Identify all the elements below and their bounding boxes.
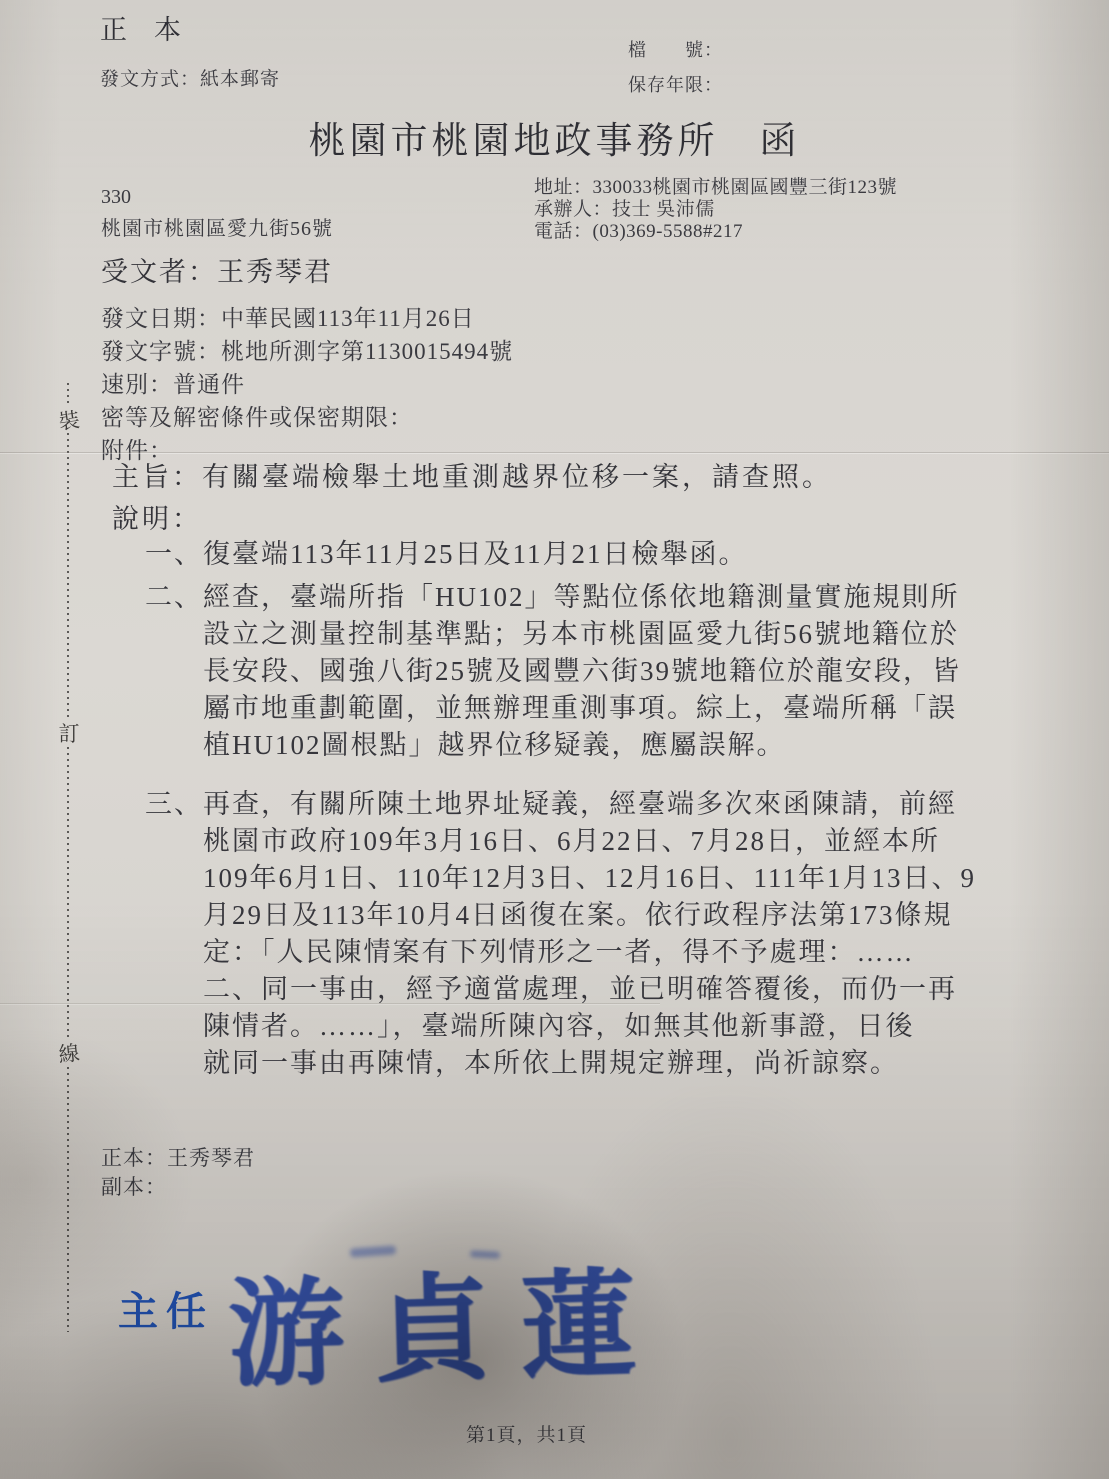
- binding-dotted-line: [67, 383, 69, 405]
- explanation-item: 三、 再查，有關所陳土地界址疑義，經臺端多次來函陳請，前經 桃園市政府109年3…: [145, 786, 945, 1082]
- priority-line: 速別：普通件: [101, 368, 513, 401]
- item-number: 一、: [145, 536, 203, 573]
- binding-mark-ding: 訂: [50, 718, 88, 748]
- issue-date-line: 發文日期：中華民國113年11月26日: [101, 302, 513, 335]
- binding-mark-xian: 線: [49, 1036, 90, 1070]
- agency-contact-block: 地址：330033桃園市桃園區國豐三街123號 承辦人：技士 吳沛儒 電話：(0…: [534, 177, 897, 243]
- doc-number-line: 發文字號：桃地所測字第1130015494號: [101, 335, 513, 368]
- copy-type-label: 正 本: [100, 8, 181, 47]
- binding-mark-zhuang: 裝: [48, 403, 90, 438]
- item-line: 就同一事由再陳情，本所依上開規定辦理，尚祈諒察。: [203, 1045, 976, 1082]
- signer-title: 主任: [118, 1280, 214, 1337]
- security-line: 密等及解密條件或保密期限：: [101, 401, 513, 434]
- page-number: 第1頁，共1頁: [466, 1420, 587, 1447]
- cc-recipient-line: 副本：: [101, 1171, 167, 1201]
- document-meta-block: 發文日期：中華民國113年11月26日 發文字號：桃地所測字第113001549…: [101, 302, 513, 467]
- binding-dotted-line: [67, 433, 69, 718]
- explanation-heading: 說明：: [112, 497, 202, 536]
- send-method-label: 發文方式：紙本郵寄: [100, 64, 280, 91]
- item-number: 三、: [145, 786, 203, 1082]
- explanation-item: 一、 復臺端113年11月25日及11月21日檢舉函。: [145, 536, 945, 573]
- item-line: 定：「人民陳情案有下列情形之一者，得不予處理：……: [203, 934, 976, 971]
- retention-period-label: 保存年限：: [628, 71, 723, 97]
- item-line: 設立之測量控制基準點；另本市桃園區愛九街56號地籍位於: [203, 616, 961, 653]
- stamp-ink-smudge: [470, 1250, 500, 1259]
- item-line: 109年6月1日、110年12月3日、12月16日、111年1月13日、9: [203, 860, 976, 897]
- item-line: 再查，有關所陳土地界址疑義，經臺端多次來函陳請，前經: [203, 786, 976, 823]
- recipient-street-address: 桃園市桃園區愛九街56號: [101, 212, 333, 241]
- binding-dotted-line: [67, 747, 69, 1038]
- item-line: 植HU102圖根點」越界位移疑義，應屬誤解。: [203, 727, 961, 764]
- scanned-letter-page: 正 本 發文方式：紙本郵寄 檔 號： 保存年限： 桃園市桃園地政事務所 函 33…: [0, 0, 1109, 1479]
- item-line: 陳情者。……」，臺端所陳內容，如無其他新事證，日後: [203, 1008, 976, 1045]
- item-line: 復臺端113年11月25日及11月21日檢舉函。: [203, 536, 748, 573]
- item-line: 桃園市政府109年3月16日、6月22日、7月28日，並經本所: [203, 823, 976, 860]
- signature-stamp: 游貞蓮: [226, 1230, 668, 1409]
- original-recipient-line: 正本：王秀琴君: [101, 1142, 255, 1172]
- item-line: 長安段、國強八街25號及國豐六街39號地籍位於龍安段，皆: [203, 653, 961, 690]
- recipient-line: 受文者：王秀琴君: [101, 250, 333, 289]
- explanation-items: 一、 復臺端113年11月25日及11月21日檢舉函。 二、 經查，臺端所指「H…: [145, 536, 945, 1082]
- item-number: 二、: [145, 579, 203, 764]
- recipient-postal-code: 330: [101, 186, 131, 209]
- document-title: 桃園市桃園地政事務所 函: [0, 110, 1109, 164]
- agency-contact-person: 承辦人：技士 吳沛儒: [534, 199, 897, 221]
- file-number-label: 檔 號：: [628, 36, 723, 62]
- binding-dotted-line: [67, 1067, 69, 1332]
- agency-address: 地址：330033桃園市桃園區國豐三街123號: [534, 177, 897, 199]
- item-line: 經查，臺端所指「HU102」等點位係依地籍測量實施規則所: [203, 579, 961, 616]
- explanation-item: 二、 經查，臺端所指「HU102」等點位係依地籍測量實施規則所 設立之測量控制基…: [145, 579, 945, 764]
- agency-phone: 電話：(03)369-5588#217: [534, 221, 897, 243]
- subject-line: 主旨：有關臺端檢舉土地重測越界位移一案，請查照。: [112, 455, 832, 494]
- item-line: 二、同一事由，經予適當處理，並已明確答覆後，而仍一再: [203, 971, 976, 1008]
- item-line: 月29日及113年10月4日函復在案。依行政程序法第173條規: [203, 897, 976, 934]
- item-line: 屬市地重劃範圍，並無辦理重測事項。綜上，臺端所稱「誤: [203, 690, 961, 727]
